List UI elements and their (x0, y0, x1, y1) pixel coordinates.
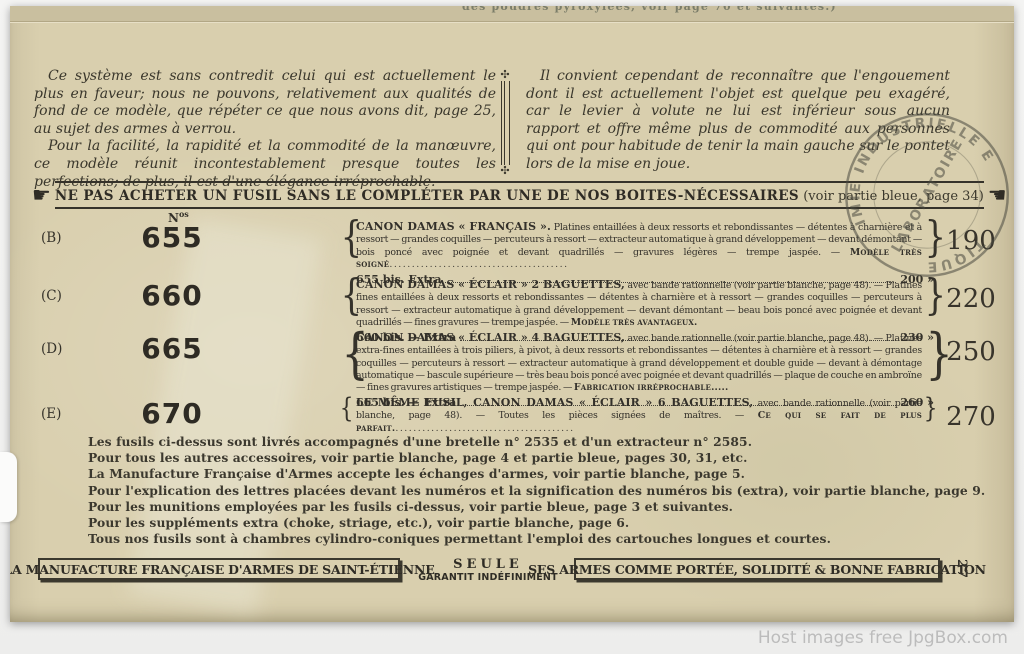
product-row-670: (E) 670 LE MÊME FUSIL, CANON DAMAS « ÉCL… (10, 397, 1014, 435)
row-letter: (D) (41, 341, 62, 357)
page-number: 27 (954, 559, 969, 579)
page-top-edge: des poudres pyroxylées, voir page 70 et … (10, 6, 1014, 22)
brace-left-icon (341, 327, 368, 381)
note-line: La Manufacture Française d'Armes accepte… (88, 466, 968, 482)
row-number: 665 (122, 332, 222, 365)
footer-left-box: LA MANUFACTURE FRANÇAISE D'ARMES DE SAIN… (38, 558, 400, 580)
brace-left-icon (341, 216, 362, 258)
column-divider-ornament-icon: ✣✣ (496, 70, 514, 176)
row-description: CANON DAMAS « ÉCLAIR » 2 BAGUETTES, avec… (356, 279, 922, 329)
note-line: Pour les munitions employées par les fus… (88, 499, 968, 515)
brace-left-icon (340, 395, 354, 422)
notes-block: Les fusils ci-dessus sont livrés accompa… (88, 434, 968, 547)
row-price: 220 (938, 284, 1004, 314)
brace-right-icon (924, 395, 938, 422)
pointing-hand-right-icon: ☛ (32, 185, 51, 205)
dotted-leader (389, 259, 568, 270)
row-letter: (C) (41, 288, 62, 304)
note-line: Tous nos fusils sont à chambres cylindro… (88, 531, 968, 547)
note-line: Pour l'explication des lettres placées d… (88, 483, 968, 499)
intro-left-column: Ce système est sans contredit celui qui … (34, 68, 496, 191)
product-row-655: (B) 655 CANON DAMAS « FRANÇAIS ». Platin… (10, 221, 1014, 286)
note-line: Pour les suppléments extra (choke, stria… (88, 515, 968, 531)
row-description: CANON DAMAS « FRANÇAIS ». Platines entai… (356, 221, 922, 271)
dotted-leader (395, 423, 574, 434)
row-description: LE MÊME FUSIL, CANON DAMAS « ÉCLAIR » 6 … (356, 397, 922, 435)
row-price: 190 (938, 226, 1004, 256)
note-line: Les fusils ci-dessus sont livrés accompa… (88, 434, 968, 450)
catalog-page-scan: des poudres pyroxylées, voir page 70 et … (10, 6, 1014, 622)
pointing-hand-left-icon: ☚ (988, 185, 1007, 205)
row-letter: (E) (41, 406, 61, 422)
intro-paragraph: Ce système est sans contredit celui qui … (34, 68, 496, 138)
intro-paragraph: Il convient cependant de reconnaître que… (526, 68, 950, 174)
row-price: 270 (938, 402, 1004, 432)
row-letter: (B) (41, 230, 61, 246)
row-description: CANON DAMAS « ÉCLAIR » 4 BAGUETTES, avec… (356, 332, 922, 394)
brace-left-icon (341, 274, 362, 316)
viewer-side-tab (0, 452, 17, 522)
row-price: 250 (938, 337, 1004, 367)
intro-right-column: Il convient cependant de reconnaître que… (526, 68, 950, 174)
note-line: Pour tous les autres accessoires, voir p… (88, 450, 968, 466)
banner-text: NE PAS ACHETER UN FUSIL SANS LE COMPLÉTE… (55, 181, 984, 209)
boites-necessaires-banner: ☛ NE PAS ACHETER UN FUSIL SANS LE COMPLÉ… (28, 182, 996, 208)
row-number: 660 (122, 279, 222, 312)
row-number: 655 (122, 221, 222, 254)
footer-right-box: SES ARMES COMME PORTÉE, SOLIDITÉ & BONNE… (574, 558, 940, 580)
host-watermark: Host images free JpgBox.com (758, 628, 1008, 648)
row-number: 670 (122, 397, 222, 430)
previous-page-cutoff-text: des poudres pyroxylées, voir page 70 et … (462, 6, 837, 13)
